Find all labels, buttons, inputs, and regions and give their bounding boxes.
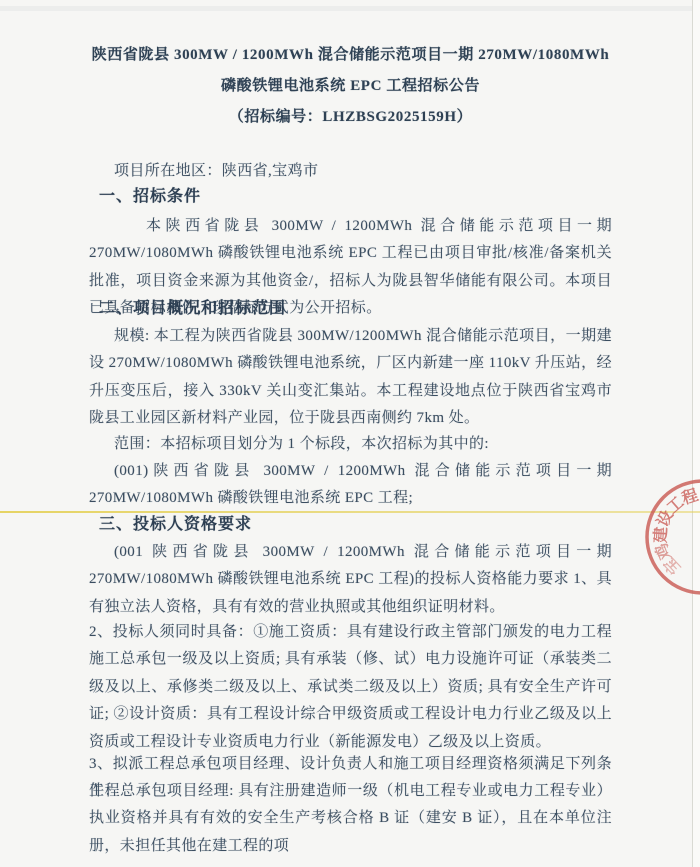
section-3-paragraph-1: (001 陕西省陇县 300MW / 1200MWh 混合储能示范项目一期 27…	[89, 539, 612, 621]
project-location-line: 项目所在地区：陕西省,宝鸡市	[89, 158, 612, 185]
yellow-scan-line-artifact	[0, 511, 700, 513]
title-block: 陕西省陇县 300MW / 1200MWh 混合储能示范项目一期 270MW/1…	[89, 40, 612, 133]
page-right-edge-strip	[693, 0, 700, 867]
section-3-heading: 三、投标人资格要求	[89, 513, 612, 537]
section-3-paragraph-4: 工程总承包项目经理: 具有注册建造师一级（机电工程专业或电力工程专业）执业资格并…	[89, 778, 612, 860]
red-company-seal-stamp: 宝鸡建设工程	[643, 477, 700, 597]
section-1-heading: 一、招标条件	[89, 185, 612, 209]
document-title: 陕西省陇县 300MW / 1200MWh 混合储能示范项目一期 270MW/1…	[89, 40, 612, 102]
stamp-arc-text: 宝鸡建设工程	[651, 485, 700, 578]
scan-top-band-artifact	[0, 6, 700, 11]
section-2-heading: 二、项目概况和招标范围	[89, 297, 612, 321]
section-2-scope-paragraph: 范围：本招标项目划分为 1 个标段，本次招标为其中的:	[89, 431, 612, 458]
tender-number: （招标编号：LHZBSG2025159H）	[89, 102, 612, 133]
section-2-scale-paragraph: 规模: 本工程为陕西省陇县 300MW/1200MWh 混合储能示范项目，一期建…	[89, 323, 612, 433]
scanned-tender-announcement-page: 陕西省陇县 300MW / 1200MWh 混合储能示范项目一期 270MW/1…	[0, 0, 700, 867]
section-3-paragraph-2: 2、投标人须同时具备：①施工资质：具有建设行政主管部门颁发的电力工程施工总承包一…	[89, 619, 612, 756]
section-2-lot-paragraph: (001)陕西省陇县 300MW / 1200MWh 混合储能示范项目一期 27…	[89, 458, 612, 513]
page-right-edge-line	[692, 0, 693, 867]
